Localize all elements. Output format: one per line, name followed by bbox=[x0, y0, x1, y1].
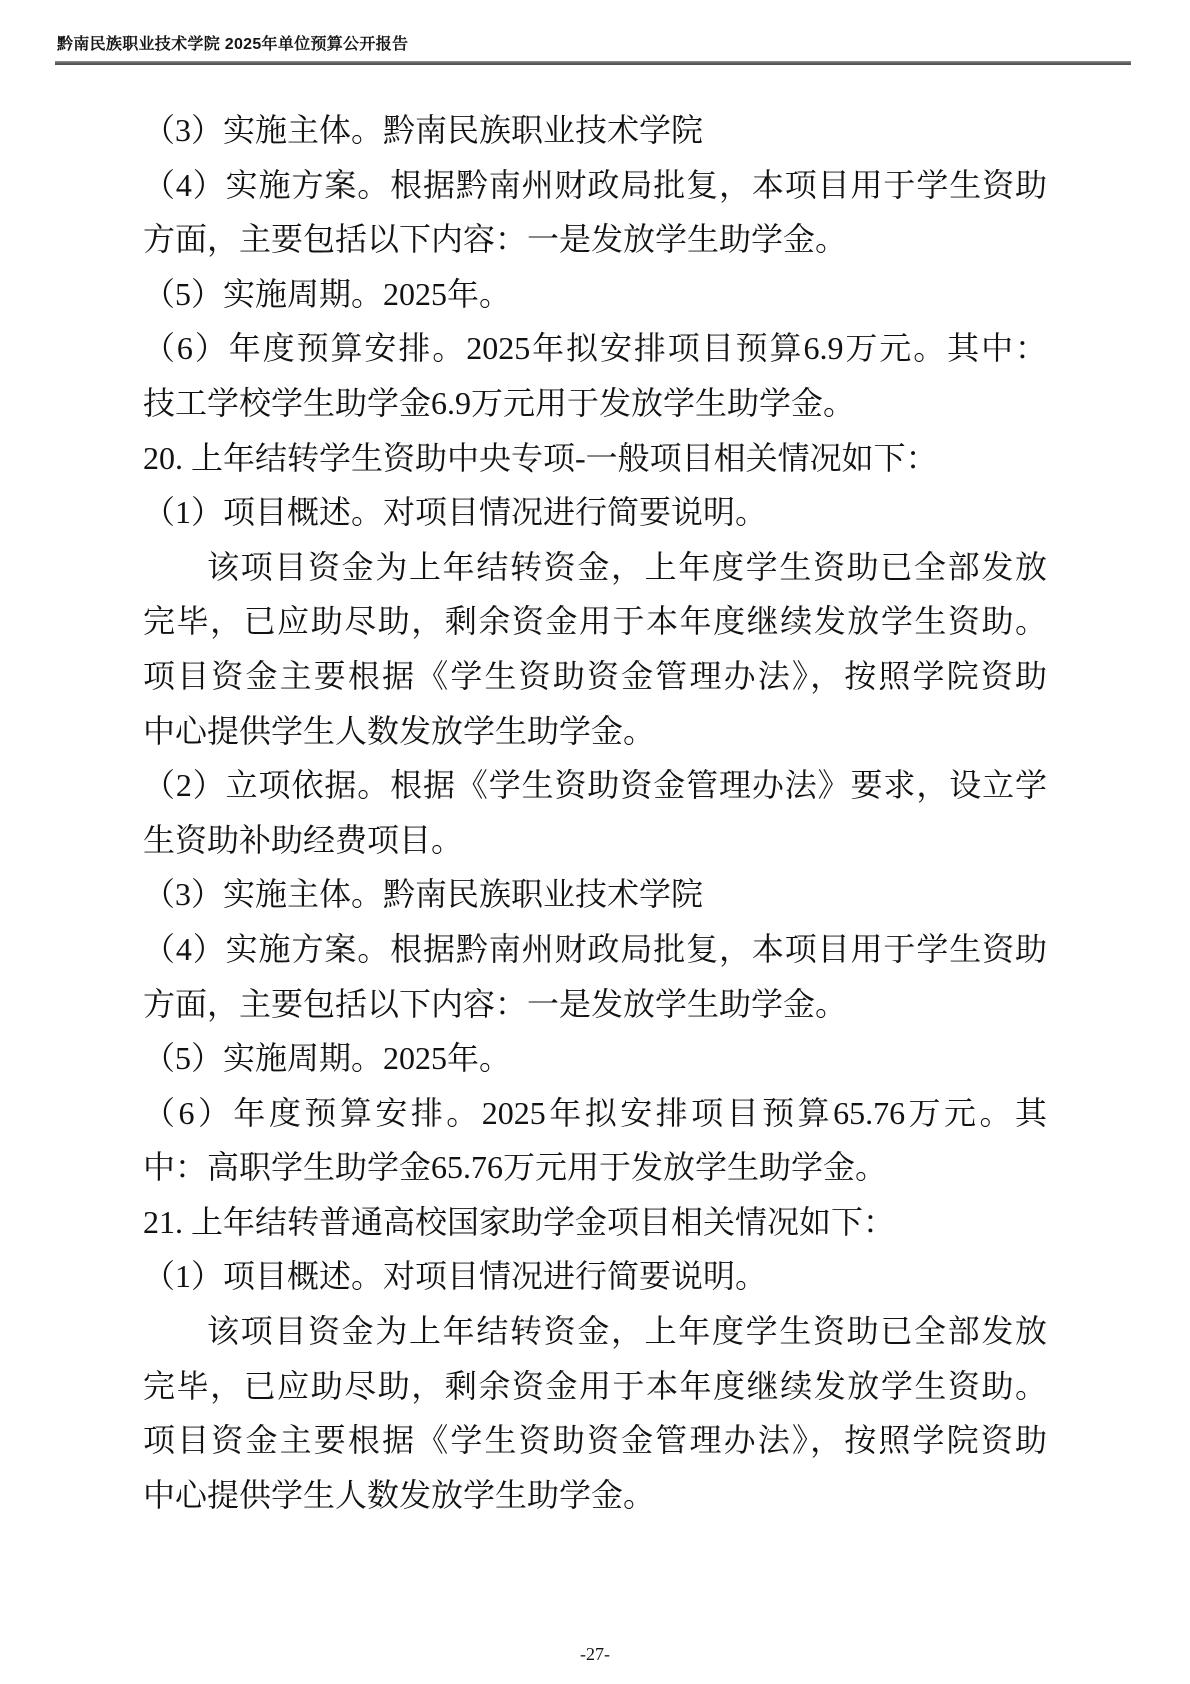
text-line: 项目资金主要根据《学生资助资金管理办法》，按照学院资助 bbox=[143, 1413, 1047, 1468]
text-line: （2）立项依据。根据《学生资助资金管理办法》要求，设立学 bbox=[143, 758, 1047, 813]
text-line: （1）项目概述。对项目情况进行简要说明。 bbox=[143, 485, 1047, 540]
text-line: （4）实施方案。根据黔南州财政局批复，本项目用于学生资助 bbox=[143, 158, 1047, 213]
text-line: 中心提供学生人数发放学生助学金。 bbox=[143, 1468, 1047, 1523]
text-line: 方面，主要包括以下内容：一是发放学生助学金。 bbox=[143, 977, 1047, 1032]
text-line: （5）实施周期。2025年。 bbox=[143, 1031, 1047, 1086]
page-number: -27- bbox=[0, 1644, 1190, 1665]
text-line: （1）项目概述。对项目情况进行简要说明。 bbox=[143, 1249, 1047, 1304]
page-header-title: 黔南民族职业技术学院 2025年单位预算公开报告 bbox=[57, 31, 408, 54]
text-line: 生资助补助经费项目。 bbox=[143, 813, 1047, 868]
text-line: （5）实施周期。2025年。 bbox=[143, 267, 1047, 322]
text-line: 完毕，已应助尽助，剩余资金用于本年度继续发放学生资助。 bbox=[143, 1359, 1047, 1414]
header-divider bbox=[55, 61, 1131, 65]
text-line: （3）实施主体。黔南民族职业技术学院 bbox=[143, 867, 1047, 922]
text-line: 中：高职学生助学金65.76万元用于发放学生助学金。 bbox=[143, 1140, 1047, 1195]
text-line: （6）年度预算安排。2025年拟安排项目预算65.76万元。其 bbox=[143, 1086, 1047, 1141]
text-line: 20. 上年结转学生资助中央专项-一般项目相关情况如下： bbox=[143, 431, 1047, 486]
text-line: （3）实施主体。黔南民族职业技术学院 bbox=[143, 103, 1047, 158]
text-line: 该项目资金为上年结转资金，上年度学生资助已全部发放 bbox=[143, 540, 1047, 595]
text-line: 21. 上年结转普通高校国家助学金项目相关情况如下： bbox=[143, 1195, 1047, 1250]
text-line: 中心提供学生人数发放学生助学金。 bbox=[143, 704, 1047, 759]
document-body: （3）实施主体。黔南民族职业技术学院 （4）实施方案。根据黔南州财政局批复，本项… bbox=[143, 103, 1047, 1522]
text-line: 方面，主要包括以下内容：一是发放学生助学金。 bbox=[143, 212, 1047, 267]
document-page: 黔南民族职业技术学院 2025年单位预算公开报告 （3）实施主体。黔南民族职业技… bbox=[0, 0, 1190, 1684]
text-line: 项目资金主要根据《学生资助资金管理办法》，按照学院资助 bbox=[143, 649, 1047, 704]
text-line: （4）实施方案。根据黔南州财政局批复，本项目用于学生资助 bbox=[143, 922, 1047, 977]
text-line: 该项目资金为上年结转资金，上年度学生资助已全部发放 bbox=[143, 1304, 1047, 1359]
text-line: 完毕，已应助尽助，剩余资金用于本年度继续发放学生资助。 bbox=[143, 594, 1047, 649]
text-line: （6）年度预算安排。2025年拟安排项目预算6.9万元。其中： bbox=[143, 321, 1047, 376]
text-line: 技工学校学生助学金6.9万元用于发放学生助学金。 bbox=[143, 376, 1047, 431]
